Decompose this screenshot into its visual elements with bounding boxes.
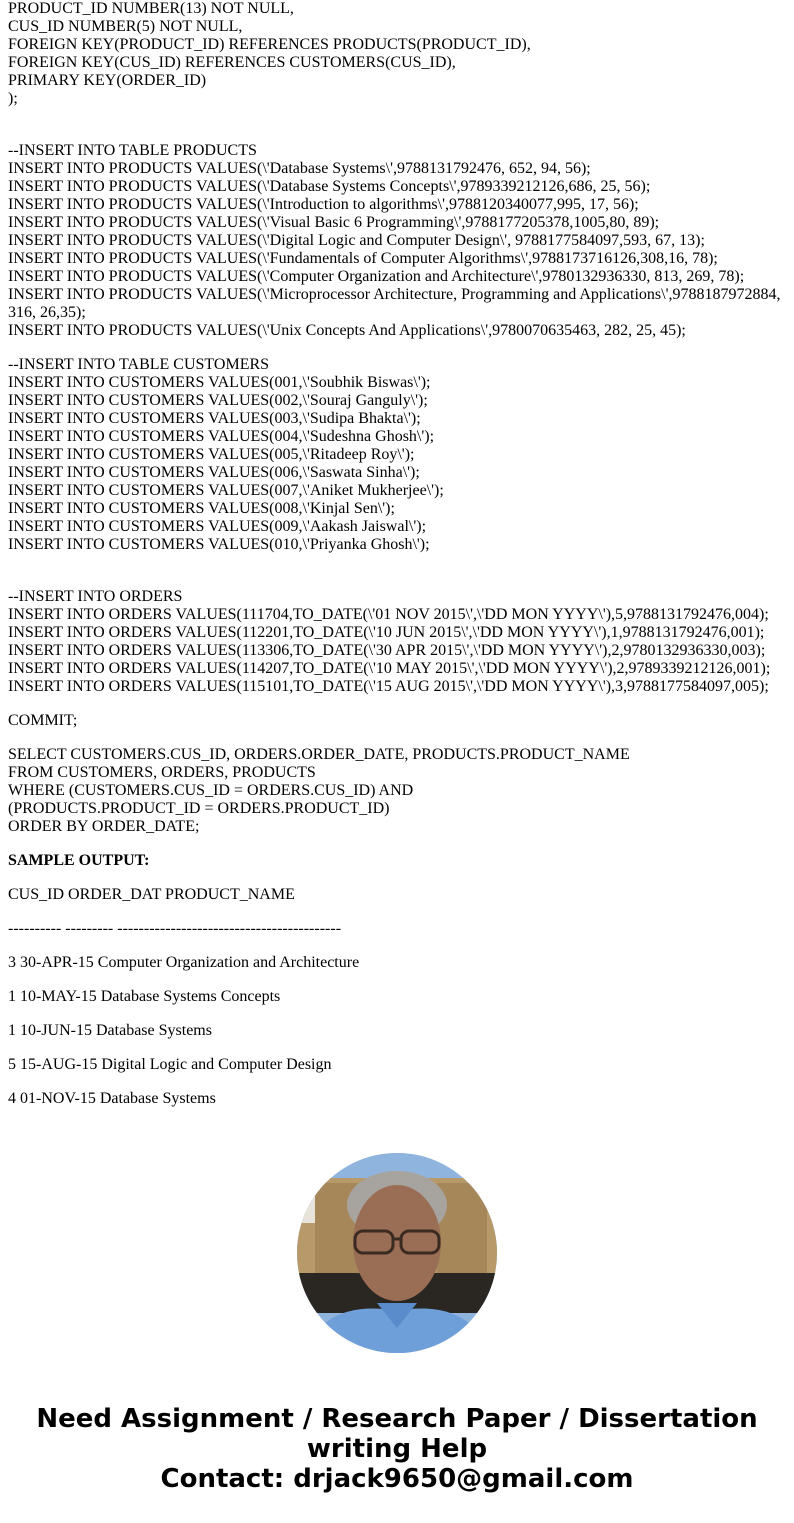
code-line: INSERT INTO CUSTOMERS VALUES(006,\'Saswa…: [8, 464, 420, 482]
code-line: INSERT INTO PRODUCTS VALUES(\'Database S…: [8, 160, 591, 178]
code-line: INSERT INTO PRODUCTS VALUES(\'Fundamenta…: [8, 250, 718, 268]
sql-comment: --INSERT INTO ORDERS: [8, 588, 182, 606]
code-line: FROM CUSTOMERS, ORDERS, PRODUCTS: [8, 764, 316, 782]
output-row: 3 30-APR-15 Computer Organization and Ar…: [8, 954, 359, 972]
footer-contact: Contact: drjack9650@gmail.com: [0, 1464, 794, 1494]
output-row: 5 15-AUG-15 Digital Logic and Computer D…: [8, 1056, 332, 1074]
code-line: FOREIGN KEY(PRODUCT_ID) REFERENCES PRODU…: [8, 36, 531, 54]
code-line: INSERT INTO CUSTOMERS VALUES(004,\'Sudes…: [8, 428, 434, 446]
code-line: INSERT INTO ORDERS VALUES(111704,TO_DATE…: [8, 606, 769, 624]
author-avatar: [297, 1153, 497, 1353]
code-line: CUS_ID NUMBER(5) NOT NULL,: [8, 18, 242, 36]
code-line: );: [8, 90, 18, 108]
output-row: 1 10-JUN-15 Database Systems: [8, 1022, 212, 1040]
output-row: 1 10-MAY-15 Database Systems Concepts: [8, 988, 280, 1006]
footer-promo: Need Assignment / Research Paper / Disse…: [0, 1404, 794, 1494]
footer-line-1: Need Assignment / Research Paper / Disse…: [0, 1404, 794, 1434]
code-line: INSERT INTO PRODUCTS VALUES(\'Visual Bas…: [8, 214, 659, 232]
output-separator: ---------- --------- -------------------…: [8, 920, 341, 938]
code-line: INSERT INTO CUSTOMERS VALUES(010,\'Priya…: [8, 536, 430, 554]
code-line: INSERT INTO PRODUCTS VALUES(\'Computer O…: [8, 268, 744, 286]
footer-line-2: writing Help: [0, 1434, 794, 1464]
code-line: INSERT INTO CUSTOMERS VALUES(001,\'Soubh…: [8, 374, 431, 392]
code-line: INSERT INTO PRODUCTS VALUES(\'Microproce…: [8, 286, 780, 304]
output-row: 4 01-NOV-15 Database Systems: [8, 1090, 216, 1108]
sql-comment: --INSERT INTO TABLE PRODUCTS: [8, 142, 257, 160]
code-line: INSERT INTO CUSTOMERS VALUES(002,\'Soura…: [8, 392, 428, 410]
code-line: (PRODUCTS.PRODUCT_ID = ORDERS.PRODUCT_ID…: [8, 800, 390, 818]
code-line: INSERT INTO PRODUCTS VALUES(\'Unix Conce…: [8, 322, 686, 340]
code-line: INSERT INTO ORDERS VALUES(115101,TO_DATE…: [8, 678, 769, 696]
sql-comment: --INSERT INTO TABLE CUSTOMERS: [8, 356, 269, 374]
code-line: INSERT INTO CUSTOMERS VALUES(008,\'Kinja…: [8, 500, 395, 518]
code-line: ORDER BY ORDER_DATE;: [8, 818, 199, 836]
code-line: INSERT INTO CUSTOMERS VALUES(007,\'Anike…: [8, 482, 444, 500]
code-line: INSERT INTO CUSTOMERS VALUES(009,\'Aakas…: [8, 518, 426, 536]
code-line: WHERE (CUSTOMERS.CUS_ID = ORDERS.CUS_ID)…: [8, 782, 413, 800]
code-line: PRIMARY KEY(ORDER_ID): [8, 72, 206, 90]
code-line: INSERT INTO PRODUCTS VALUES(\'Introducti…: [8, 196, 639, 214]
code-line: INSERT INTO CUSTOMERS VALUES(003,\'Sudip…: [8, 410, 421, 428]
code-line: PRODUCT_ID NUMBER(13) NOT NULL,: [8, 0, 294, 18]
sample-output-heading: SAMPLE OUTPUT:: [8, 852, 149, 870]
code-line: FOREIGN KEY(CUS_ID) REFERENCES CUSTOMERS…: [8, 54, 456, 72]
commit-statement: COMMIT;: [8, 712, 77, 730]
person-photo-icon: [297, 1153, 497, 1353]
code-line: INSERT INTO ORDERS VALUES(113306,TO_DATE…: [8, 642, 765, 660]
code-line: INSERT INTO PRODUCTS VALUES(\'Digital Lo…: [8, 232, 705, 250]
code-line: INSERT INTO ORDERS VALUES(112201,TO_DATE…: [8, 624, 764, 642]
code-line: INSERT INTO PRODUCTS VALUES(\'Database S…: [8, 178, 650, 196]
code-line: INSERT INTO ORDERS VALUES(114207,TO_DATE…: [8, 660, 770, 678]
code-line: 316, 26,35);: [8, 304, 86, 322]
code-line: SELECT CUSTOMERS.CUS_ID, ORDERS.ORDER_DA…: [8, 746, 630, 764]
output-header-row: CUS_ID ORDER_DAT PRODUCT_NAME: [8, 886, 295, 904]
code-line: INSERT INTO CUSTOMERS VALUES(005,\'Ritad…: [8, 446, 414, 464]
